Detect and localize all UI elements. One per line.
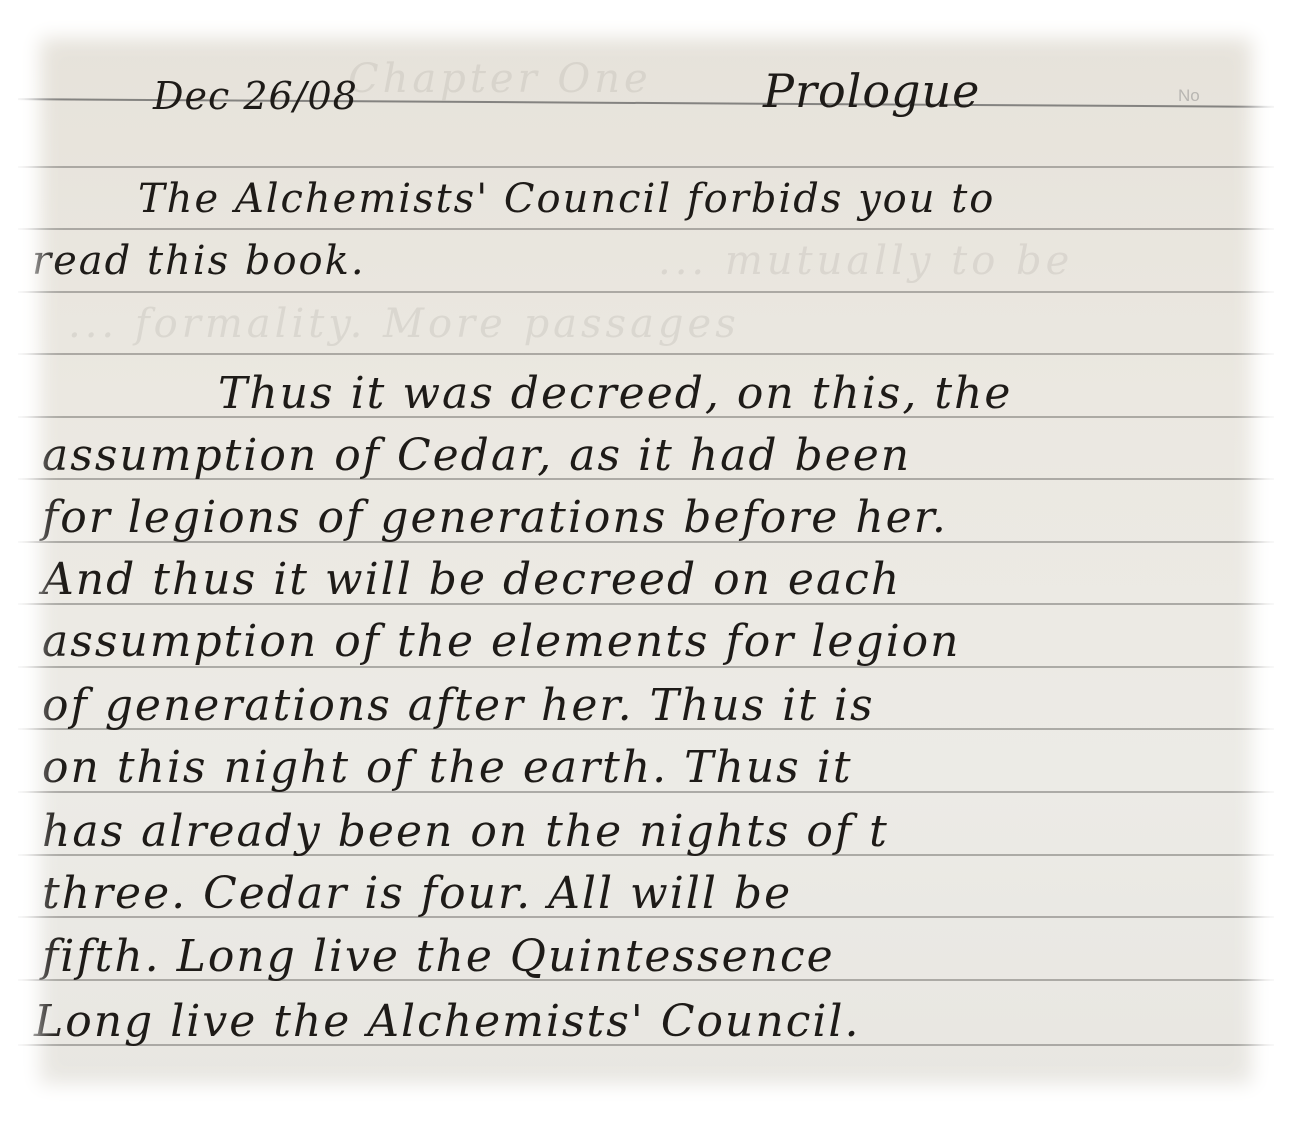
text-line: fifth. Long live the Quintessence	[42, 931, 835, 982]
bleed-through-text: ... formality. More passages	[68, 301, 740, 347]
bleed-through-text: Chapter One	[348, 56, 652, 102]
text-line: on this night of the earth. Thus it	[42, 742, 853, 793]
ruled-line	[18, 353, 1274, 355]
text-line: Long live the Alchemists' Council.	[34, 996, 860, 1047]
ruled-line	[18, 228, 1274, 230]
text-line: read this book.	[32, 238, 366, 284]
page-title: Prologue	[763, 64, 980, 118]
notebook-page: Chapter One ... mutually to be ... forma…	[18, 16, 1274, 1106]
text-line: And thus it will be decreed on each	[42, 554, 901, 605]
text-line: of generations after her. Thus it is	[42, 680, 875, 731]
text-line: has already been on the nights of t	[42, 806, 889, 857]
text-line: Thus it was decreed, on this, the	[218, 368, 1012, 419]
text-line: assumption of the elements for legion	[42, 616, 960, 667]
text-line: three. Cedar is four. All will be	[42, 868, 792, 919]
entry-date: Dec 26/08	[153, 74, 358, 118]
bleed-through-text: ... mutually to be	[658, 238, 1073, 284]
ruled-line	[18, 166, 1274, 168]
text-line: for legions of generations before her.	[42, 492, 948, 543]
ruled-line	[18, 291, 1274, 293]
page-number-label: No	[1178, 86, 1200, 106]
text-line: The Alchemists' Council forbids you to	[138, 176, 995, 222]
text-line: assumption of Cedar, as it had been	[42, 430, 911, 481]
